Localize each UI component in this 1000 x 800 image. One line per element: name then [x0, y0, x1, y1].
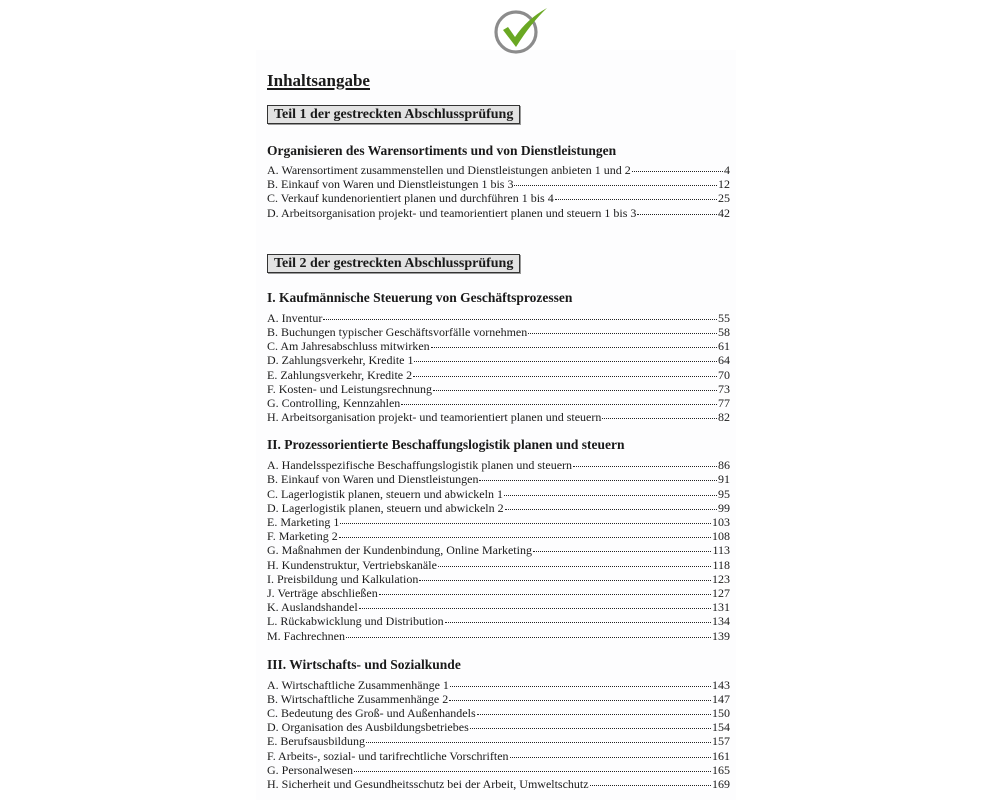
dot-leader — [340, 523, 711, 524]
toc-entry-page: 73 — [718, 382, 730, 396]
dot-leader — [450, 686, 711, 687]
table-of-contents: Inhaltsangabe Teil 1 der gestreckten Abs… — [267, 70, 730, 791]
dot-leader — [433, 390, 717, 391]
part-2-heading: Teil 2 der gestreckten Abschlussprüfung — [267, 254, 520, 273]
toc-entry[interactable]: D. Zahlungsverkehr, Kredite 164 — [267, 353, 730, 367]
toc-entry-page: 165 — [712, 763, 730, 777]
toc-entry[interactable]: C. Verkauf kundenorientiert planen und d… — [267, 191, 730, 205]
dot-leader — [359, 608, 711, 609]
toc-entry-label: F. Marketing 2 — [267, 529, 338, 543]
toc-entry[interactable]: G. Maßnahmen der Kundenbindung, Online M… — [267, 543, 730, 557]
toc-entry-page: 95 — [718, 487, 730, 501]
dot-leader — [555, 199, 717, 200]
toc-entry[interactable]: D. Lagerlogistik planen, steuern und abw… — [267, 501, 730, 515]
toc-entry[interactable]: E. Marketing 1103 — [267, 515, 730, 529]
document-title: Inhaltsangabe — [267, 70, 730, 96]
toc-entry[interactable]: A. Warensortiment zusammenstellen und Di… — [267, 163, 730, 177]
dot-leader — [505, 509, 717, 510]
toc-entry-label: L. Rückabwicklung und Distribution — [267, 614, 444, 628]
toc-entry-page: 143 — [712, 678, 730, 692]
toc-entry[interactable]: G. Controlling, Kennzahlen77 — [267, 396, 730, 410]
toc-entry-page: 77 — [718, 396, 730, 410]
dot-leader — [470, 728, 711, 729]
toc-entry[interactable]: B. Wirtschaftliche Zusammenhänge 2147 — [267, 692, 730, 706]
dot-leader — [445, 622, 711, 623]
section-heading: II. Prozessorientierte Beschaffungslogis… — [267, 437, 730, 453]
dot-leader — [573, 466, 717, 467]
dot-leader — [528, 333, 717, 334]
toc-entry-label: H. Kundenstruktur, Vertriebskanäle — [267, 558, 437, 572]
toc-entry-page: 118 — [712, 558, 730, 572]
toc-entry-page: 169 — [712, 777, 730, 791]
toc-entry-page: 134 — [712, 614, 730, 628]
toc-entry-page: 99 — [718, 501, 730, 515]
toc-entry-page: 123 — [712, 572, 730, 586]
toc-entry-label: C. Am Jahresabschluss mitwirken — [267, 339, 430, 353]
toc-entry-page: 150 — [712, 706, 730, 720]
toc-entry[interactable]: B. Einkauf von Waren und Dienstleistunge… — [267, 177, 730, 191]
toc-entry[interactable]: I. Preisbildung und Kalkulation123 — [267, 572, 730, 586]
toc-entry-label: D. Arbeitsorganisation projekt- und team… — [267, 206, 636, 220]
toc-entry-label: J. Verträge abschließen — [267, 586, 378, 600]
toc-list: A. Wirtschaftliche Zusammenhänge 1143B. … — [267, 678, 730, 792]
toc-entry-label: G. Personalwesen — [267, 763, 353, 777]
toc-entry-page: 4 — [724, 163, 730, 177]
dot-leader — [414, 361, 717, 362]
toc-entry-label: E. Zahlungsverkehr, Kredite 2 — [267, 368, 412, 382]
part-1-heading: Teil 1 der gestreckten Abschlussprüfung — [267, 105, 520, 124]
toc-entry-page: 58 — [718, 325, 730, 339]
toc-entry-page: 108 — [712, 529, 730, 543]
toc-entry-page: 157 — [712, 734, 730, 748]
toc-entry-label: A. Handelsspezifische Beschaffungslogist… — [267, 458, 572, 472]
dot-leader — [449, 700, 711, 701]
toc-entry-page: 154 — [712, 720, 730, 734]
toc-entry-label: C. Bedeutung des Groß- und Außenhandels — [267, 706, 476, 720]
toc-entry-label: B. Einkauf von Waren und Dienstleistunge… — [267, 177, 513, 191]
dot-leader — [510, 757, 711, 758]
dot-leader — [504, 495, 717, 496]
dot-leader — [413, 376, 717, 377]
toc-entry[interactable]: H. Sicherheit und Gesundheitsschutz bei … — [267, 777, 730, 791]
toc-entry-label: H. Sicherheit und Gesundheitsschutz bei … — [267, 777, 589, 791]
dot-leader — [637, 214, 717, 215]
toc-entry[interactable]: C. Am Jahresabschluss mitwirken61 — [267, 339, 730, 353]
section-heading: I. Kaufmännische Steuerung von Geschäfts… — [267, 290, 730, 306]
toc-entry[interactable]: F. Marketing 2108 — [267, 529, 730, 543]
dot-leader — [533, 551, 711, 552]
toc-entry-page: 113 — [712, 543, 730, 557]
toc-entry-page: 86 — [718, 458, 730, 472]
toc-entry-label: E. Marketing 1 — [267, 515, 339, 529]
toc-entry[interactable]: B. Einkauf von Waren und Dienstleistunge… — [267, 472, 730, 486]
dot-leader — [323, 319, 717, 320]
toc-list: A. Handelsspezifische Beschaffungslogist… — [267, 458, 730, 642]
dot-leader — [346, 637, 711, 638]
dot-leader — [479, 480, 717, 481]
toc-entry-label: B. Einkauf von Waren und Dienstleistunge… — [267, 472, 478, 486]
checkmark-circle-icon — [489, 5, 551, 55]
toc-entry-page: 127 — [712, 586, 730, 600]
toc-entry-page: 64 — [718, 353, 730, 367]
toc-entry[interactable]: D. Arbeitsorganisation projekt- und team… — [267, 206, 730, 220]
dot-leader — [602, 418, 717, 419]
toc-entry-label: A. Inventur — [267, 311, 322, 325]
toc-entry-label: E. Berufsausbildung — [267, 734, 365, 748]
toc-entry-page: 55 — [718, 311, 730, 325]
toc-entry-label: A. Wirtschaftliche Zusammenhänge 1 — [267, 678, 449, 692]
toc-entry-label: K. Auslandshandel — [267, 600, 358, 614]
toc-list: A. Inventur55B. Buchungen typischer Gesc… — [267, 311, 730, 425]
toc-entry-page: 25 — [718, 191, 730, 205]
section-heading: III. Wirtschafts- und Sozialkunde — [267, 657, 730, 673]
toc-entry[interactable]: C. Bedeutung des Groß- und Außenhandels1… — [267, 706, 730, 720]
toc-entry[interactable]: A. Wirtschaftliche Zusammenhänge 1143 — [267, 678, 730, 692]
dot-leader — [354, 771, 711, 772]
toc-entry-label: A. Warensortiment zusammenstellen und Di… — [267, 163, 631, 177]
toc-entry-page: 12 — [718, 177, 730, 191]
toc-entry-page: 42 — [718, 206, 730, 220]
dot-leader — [379, 594, 711, 595]
toc-entry[interactable]: L. Rückabwicklung und Distribution134 — [267, 614, 730, 628]
toc-entry-label: B. Buchungen typischer Geschäftsvorfälle… — [267, 325, 527, 339]
section-heading: Organisieren des Warensortiments und von… — [267, 143, 730, 159]
dot-leader — [477, 714, 711, 715]
dot-leader — [431, 347, 717, 348]
dot-leader — [590, 785, 711, 786]
toc-entry-page: 61 — [718, 339, 730, 353]
toc-list: A. Warensortiment zusammenstellen und Di… — [267, 163, 730, 220]
toc-entry[interactable]: K. Auslandshandel131 — [267, 600, 730, 614]
dot-leader — [366, 742, 711, 743]
dot-leader — [419, 580, 711, 581]
dot-leader — [632, 171, 723, 172]
toc-entry-page: 161 — [712, 749, 730, 763]
toc-entry-label: F. Kosten- und Leistungsrechnung — [267, 382, 432, 396]
dot-leader — [438, 566, 712, 567]
toc-entry[interactable]: F. Arbeits-, sozial- und tarifrechtliche… — [267, 749, 730, 763]
dot-leader — [339, 537, 711, 538]
toc-entry-label: F. Arbeits-, sozial- und tarifrechtliche… — [267, 749, 509, 763]
toc-entry-label: C. Verkauf kundenorientiert planen und d… — [267, 191, 554, 205]
toc-entry-page: 103 — [712, 515, 730, 529]
toc-entry-label: H. Arbeitsorganisation projekt- und team… — [267, 410, 601, 424]
toc-entry-page: 91 — [718, 472, 730, 486]
toc-entry-page: 131 — [712, 600, 730, 614]
toc-entry-label: D. Organisation des Ausbildungsbetriebes — [267, 720, 469, 734]
toc-entry-page: 82 — [718, 410, 730, 424]
toc-entry-label: D. Zahlungsverkehr, Kredite 1 — [267, 353, 413, 367]
toc-entry[interactable]: C. Lagerlogistik planen, steuern und abw… — [267, 487, 730, 501]
toc-entry-label: B. Wirtschaftliche Zusammenhänge 2 — [267, 692, 448, 706]
toc-entry[interactable]: F. Kosten- und Leistungsrechnung73 — [267, 382, 730, 396]
toc-entry[interactable]: E. Zahlungsverkehr, Kredite 270 — [267, 368, 730, 382]
toc-entry-label: G. Controlling, Kennzahlen — [267, 396, 400, 410]
toc-entry[interactable]: B. Buchungen typischer Geschäftsvorfälle… — [267, 325, 730, 339]
toc-entry-page: 139 — [712, 629, 730, 643]
toc-entry-label: G. Maßnahmen der Kundenbindung, Online M… — [267, 543, 532, 557]
toc-entry[interactable]: H. Kundenstruktur, Vertriebskanäle118 — [267, 558, 730, 572]
toc-entry[interactable]: A. Inventur55 — [267, 311, 730, 325]
toc-entry-label: M. Fachrechnen — [267, 629, 345, 643]
dot-leader — [514, 185, 717, 186]
toc-entry[interactable]: J. Verträge abschließen127 — [267, 586, 730, 600]
toc-entry[interactable]: D. Organisation des Ausbildungsbetriebes… — [267, 720, 730, 734]
toc-entry-label: C. Lagerlogistik planen, steuern und abw… — [267, 487, 503, 501]
toc-entry-page: 70 — [718, 368, 730, 382]
toc-entry[interactable]: A. Handelsspezifische Beschaffungslogist… — [267, 458, 730, 472]
toc-entry[interactable]: G. Personalwesen165 — [267, 763, 730, 777]
toc-entry-label: D. Lagerlogistik planen, steuern und abw… — [267, 501, 504, 515]
toc-entry[interactable]: M. Fachrechnen139 — [267, 629, 730, 643]
toc-entry[interactable]: H. Arbeitsorganisation projekt- und team… — [267, 410, 730, 424]
toc-entry-label: I. Preisbildung und Kalkulation — [267, 572, 418, 586]
toc-entry-page: 147 — [712, 692, 730, 706]
dot-leader — [401, 404, 717, 405]
toc-entry[interactable]: E. Berufsausbildung157 — [267, 734, 730, 748]
